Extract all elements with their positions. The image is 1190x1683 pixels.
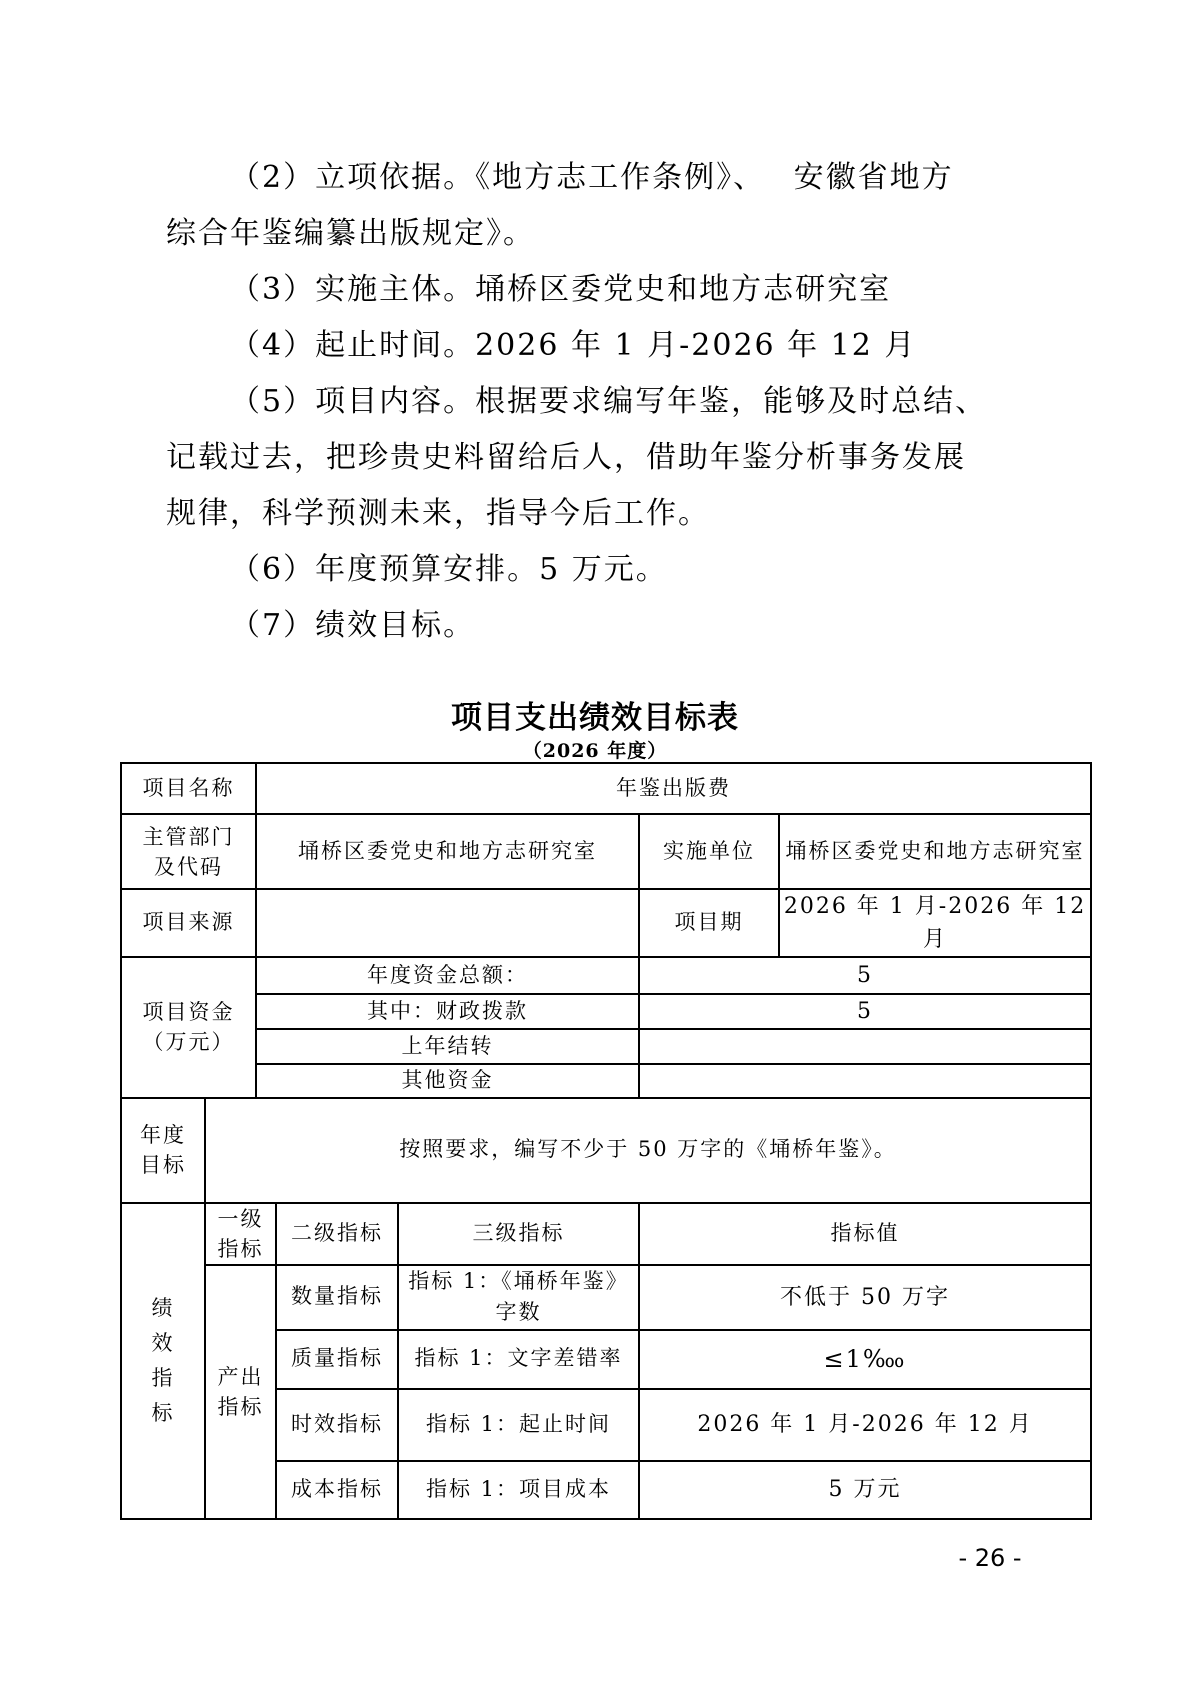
dept-value: 埇桥区委党史和地方志研究室 (256, 814, 639, 889)
indicator-value: ≤1‱ (639, 1330, 1091, 1389)
funds-row-value (639, 1029, 1091, 1064)
paragraph-line: 记载过去，把珍贵史料留给后人，借助年鉴分析事务发展 (166, 430, 958, 486)
performance-target-table: 项目名称 年鉴出版费 主管部门及代码 埇桥区委党史和地方志研究室 实施单位 埇桥… (120, 762, 1092, 1520)
table-row: 项目资金（万元） 年度资金总额： 5 (121, 957, 1091, 994)
paragraph-line: （7）绩效目标。 (166, 598, 958, 654)
paragraph-line: （5）项目内容。根据要求编写年鉴，能够及时总结、 (166, 374, 958, 430)
indicator-header-value: 指标值 (639, 1203, 1091, 1265)
indicator-header-level3: 三级指标 (398, 1203, 639, 1265)
indicator-level2: 成本指标 (276, 1461, 398, 1519)
period-label: 项目期 (639, 889, 779, 957)
project-name-label: 项目名称 (121, 763, 256, 814)
annual-goal-label-text: 年度目标 (139, 1120, 187, 1180)
indicator-header-level1-text: 一级指标 (217, 1204, 265, 1264)
funds-row-label: 其中：财政拨款 (256, 994, 639, 1029)
indicator-level3: 指标 1：文字差错率 (398, 1330, 639, 1389)
unit-value: 埇桥区委党史和地方志研究室 (779, 814, 1091, 889)
indicator-level3: 指标 1：《埇桥年鉴》 字数 (398, 1265, 639, 1330)
table-row: 项目来源 项目期 2026 年 1 月-2026 年 12 月 (121, 889, 1091, 957)
table-row: 项目名称 年鉴出版费 (121, 763, 1091, 814)
body-text: （2）立项依据。《地方志工作条例》、 安徽省地方 综合年鉴编纂出版规定》。 （3… (166, 150, 958, 654)
paragraph-line: （4）起止时间。2026 年 1 月-2026 年 12 月 (166, 318, 958, 374)
funds-row-value: 5 (639, 957, 1091, 994)
table-row: 产出指标 数量指标 指标 1：《埇桥年鉴》 字数 不低于 50 万字 (121, 1265, 1091, 1330)
funds-row-label: 年度资金总额： (256, 957, 639, 994)
indicators-side-label: 绩效指标 (121, 1203, 205, 1519)
document-page: （2）立项依据。《地方志工作条例》、 安徽省地方 综合年鉴编纂出版规定》。 （3… (0, 0, 1190, 1683)
funds-row-label: 其他资金 (256, 1064, 639, 1098)
unit-label: 实施单位 (639, 814, 779, 889)
table-row: 主管部门及代码 埇桥区委党史和地方志研究室 实施单位 埇桥区委党史和地方志研究室 (121, 814, 1091, 889)
table-title: 项目支出绩效目标表 (25, 692, 1165, 737)
indicator-value: 5 万元 (639, 1461, 1091, 1519)
indicators-side-label-text: 绩效指标 (151, 1291, 175, 1431)
page-number: - 26 - (930, 1544, 1050, 1572)
indicator-level2: 质量指标 (276, 1330, 398, 1389)
paragraph-line: 综合年鉴编纂出版规定》。 (166, 206, 958, 262)
indicator-level3: 指标 1：起止时间 (398, 1389, 639, 1461)
indicators-group-label: 产出指标 (205, 1265, 276, 1519)
paragraph-line: （2）立项依据。《地方志工作条例》、 安徽省地方 (166, 150, 958, 206)
funds-row-value (639, 1064, 1091, 1098)
paragraph-line: （6）年度预算安排。5 万元。 (166, 542, 958, 598)
indicators-group-label-text: 产出指标 (217, 1362, 265, 1422)
table-row: 年度目标 按照要求，编写不少于 50 万字的《埇桥年鉴》。 (121, 1098, 1091, 1203)
paragraph-line: （3）实施主体。埇桥区委党史和地方志研究室 (166, 262, 958, 318)
table-row: 绩效指标 一级指标 二级指标 三级指标 指标值 (121, 1203, 1091, 1265)
paragraph-line: 规律，科学预测未来，指导今后工作。 (166, 486, 958, 542)
indicator-header-level1: 一级指标 (205, 1203, 276, 1265)
indicator-level2: 数量指标 (276, 1265, 398, 1330)
table-row: 其他资金 (121, 1064, 1091, 1098)
table-row: 上年结转 (121, 1029, 1091, 1064)
annual-goal-label: 年度目标 (121, 1098, 205, 1203)
indicator-level3: 指标 1：项目成本 (398, 1461, 639, 1519)
indicator-header-level2: 二级指标 (276, 1203, 398, 1265)
indicator-level2: 时效指标 (276, 1389, 398, 1461)
indicator-value: 2026 年 1 月-2026 年 12 月 (639, 1389, 1091, 1461)
funds-label-text: 项目资金（万元） (141, 997, 237, 1057)
table-subtitle: （2026 年度） (25, 736, 1165, 763)
table-row: 其中：财政拨款 5 (121, 994, 1091, 1029)
dept-label-text: 主管部门及代码 (141, 822, 237, 882)
indicator-value: 不低于 50 万字 (639, 1265, 1091, 1330)
annual-goal-value: 按照要求，编写不少于 50 万字的《埇桥年鉴》。 (205, 1098, 1091, 1203)
source-label: 项目来源 (121, 889, 256, 957)
funds-row-value: 5 (639, 994, 1091, 1029)
period-value: 2026 年 1 月-2026 年 12 月 (779, 889, 1091, 957)
funds-row-label: 上年结转 (256, 1029, 639, 1064)
funds-label: 项目资金（万元） (121, 957, 256, 1098)
dept-label: 主管部门及代码 (121, 814, 256, 889)
source-value (256, 889, 639, 957)
project-name-value: 年鉴出版费 (256, 763, 1091, 814)
